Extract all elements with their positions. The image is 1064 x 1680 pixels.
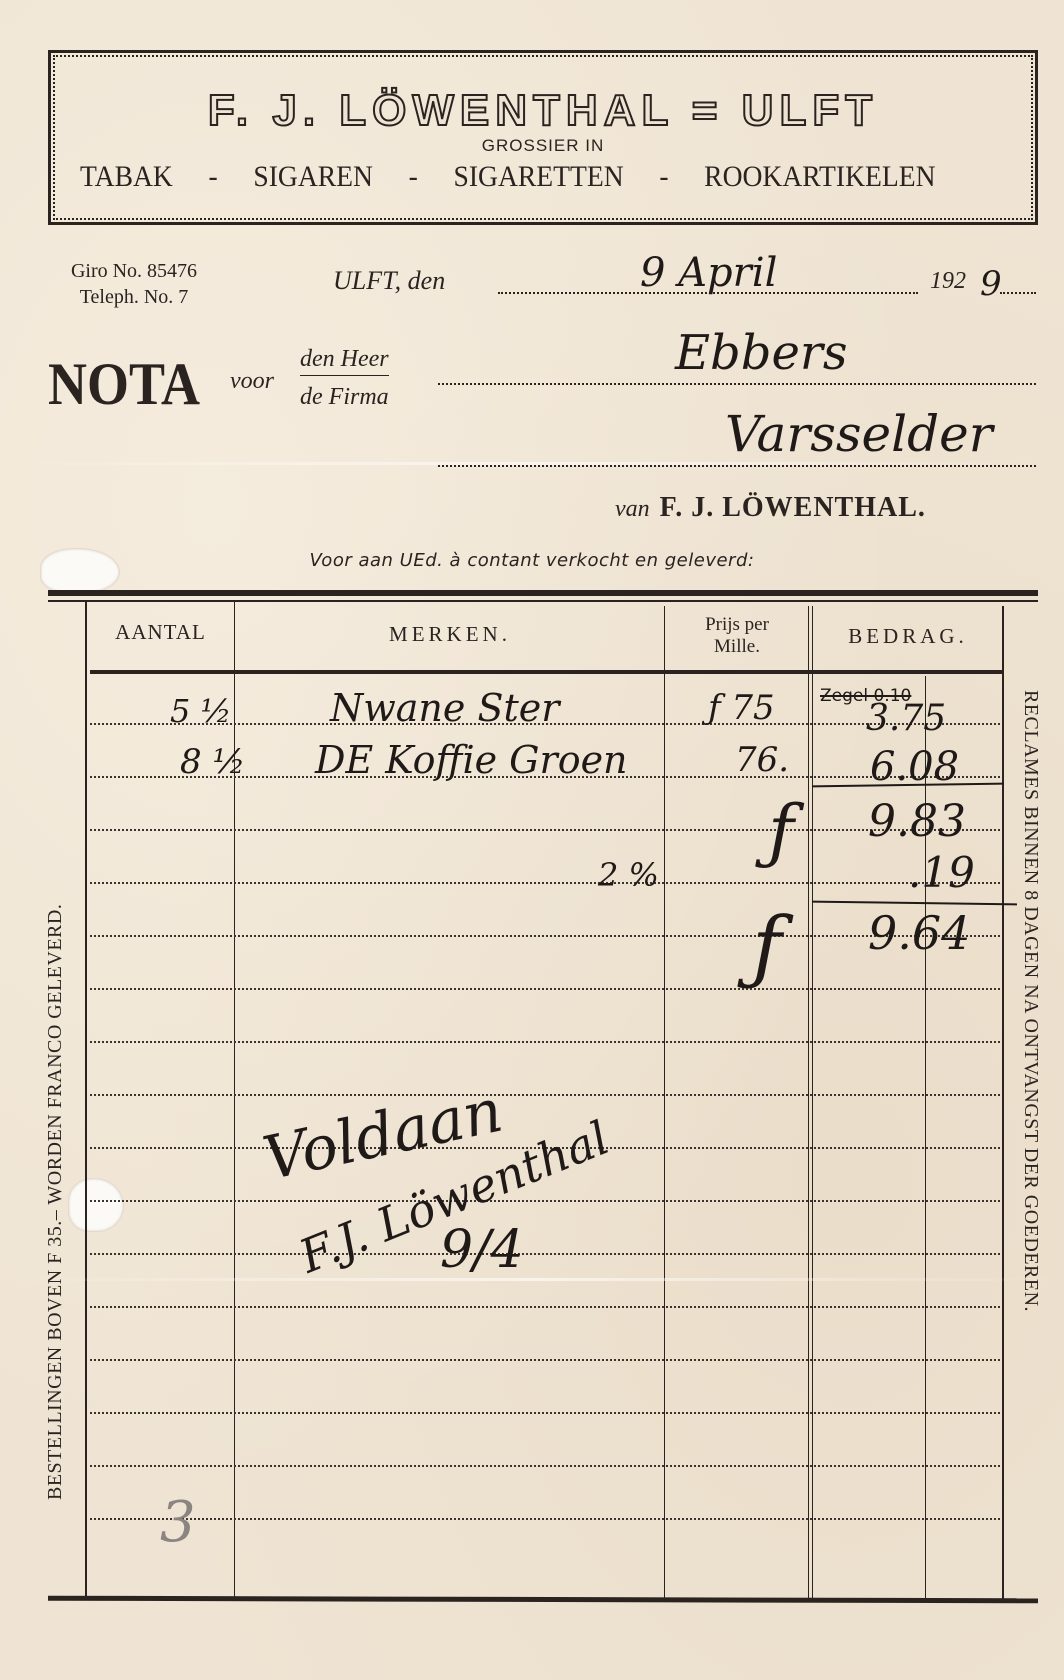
header-bottom-rule — [90, 670, 1002, 674]
table-top-thin-rule — [48, 600, 1038, 602]
header-bedrag: BEDRAG. — [814, 624, 1002, 649]
row-line — [90, 1359, 1000, 1361]
punch-hole — [68, 1178, 124, 1232]
total-currency: ƒ — [752, 900, 782, 993]
row-line — [90, 882, 1000, 884]
side-text-left: BESTELLINGEN BOVEN F 35.– WORDEN FRANCO … — [44, 904, 67, 1500]
subtotal-amount: 9.83 — [868, 796, 966, 847]
table-top-rule — [48, 590, 1038, 596]
row-line — [90, 935, 1000, 937]
sender-name: F. J. LÖWENTHAL. — [660, 492, 926, 523]
discount-amount: .19 — [908, 848, 975, 897]
col-divider-prijs — [808, 606, 809, 1600]
addressee-dotline — [438, 383, 1036, 385]
company-title: F. J. LÖWENTHAL = ULFT — [48, 86, 1038, 136]
col-divider-merken — [664, 606, 665, 1600]
product-line: TABAK - SIGAREN - SIGARETTEN - ROOKARTIK… — [80, 160, 936, 194]
header-aantal: AANTAL — [87, 620, 234, 645]
sender-line: vanF. J. LÖWENTHAL. — [615, 492, 926, 524]
row-line — [90, 829, 1000, 831]
discount-label: 2 % — [598, 856, 659, 894]
row-line — [90, 1465, 1000, 1467]
product-tabak: TABAK — [80, 160, 173, 194]
nota-label: NOTA — [48, 350, 200, 419]
header-merken: MERKEN. — [236, 622, 664, 647]
row2-prijs: 76. — [735, 740, 789, 780]
table-right-border — [1002, 606, 1004, 1600]
contact-block: Giro No. 85476 Teleph. No. 7 — [44, 258, 224, 310]
header-prijs: Prijs per Mille. — [666, 614, 808, 658]
voor-label: voor — [230, 368, 274, 395]
total-rule — [812, 901, 1017, 906]
row1-merken: Nwane Ster — [330, 686, 559, 730]
row1-prijs: ƒ 75 — [708, 688, 775, 728]
van-label: van — [615, 496, 650, 522]
product-sigaretten: SIGARETTEN — [453, 160, 623, 194]
heer-label: den Heer — [300, 346, 389, 376]
header-prijs-line2: Mille. — [666, 636, 808, 658]
year-dotline — [1000, 292, 1036, 294]
intro-text: Voor aan UEd. à contant verkocht en gele… — [0, 550, 1064, 571]
table-left-border — [85, 602, 87, 1599]
subtotal-currency: ƒ — [768, 790, 794, 872]
row-line — [90, 1200, 1000, 1202]
separator: - — [659, 160, 668, 194]
row-line — [90, 1094, 1000, 1096]
paper-fold — [0, 462, 1064, 465]
place-dotline — [438, 465, 1036, 467]
paid-date: 9/4 — [440, 1220, 524, 1280]
table-bottom-rule — [48, 1596, 1038, 1604]
addressee-name: Ebbers — [675, 325, 847, 381]
row-line — [90, 1041, 1000, 1043]
row1-aantal: 5 ½ — [170, 692, 232, 730]
year-handwritten: 9 — [980, 264, 1002, 304]
side-text-right: RECLAMES BINNEN 8 DAGEN NA ONTVANGST DER… — [1019, 690, 1042, 1312]
row-line — [90, 1306, 1000, 1308]
total-amount: 9.64 — [868, 906, 970, 960]
telephone-number: Teleph. No. 7 — [44, 284, 224, 310]
firma-label: de Firma — [300, 384, 389, 411]
row-line — [90, 988, 1000, 990]
place-label: ULFT, den — [333, 266, 445, 296]
product-sigaren: SIGAREN — [253, 160, 373, 194]
addressee-place: Varsselder — [725, 405, 993, 463]
row-line — [90, 1253, 1000, 1255]
header-prijs-line1: Prijs per — [666, 614, 808, 636]
letterhead-subtitle: GROSSIER IN — [48, 136, 1038, 156]
col-divider-prijs-double — [812, 606, 813, 1600]
row2-aantal: 8 ½ — [180, 742, 245, 782]
giro-number: Giro No. 85476 — [44, 258, 224, 284]
row1-bedrag: 3.75 — [866, 698, 946, 739]
separator: - — [209, 160, 218, 194]
pencil-mark: 3 — [160, 1490, 196, 1555]
handwritten-date: 9 April — [640, 250, 777, 296]
row-line — [90, 1518, 1000, 1520]
row-line — [90, 1412, 1000, 1414]
row2-merken: DE Koffie Groen — [315, 738, 628, 782]
separator: - — [409, 160, 418, 194]
product-rookartikelen: ROOKARTIKELEN — [704, 160, 935, 194]
year-printed: 192 — [930, 268, 966, 295]
paper-fold — [0, 1278, 1064, 1281]
